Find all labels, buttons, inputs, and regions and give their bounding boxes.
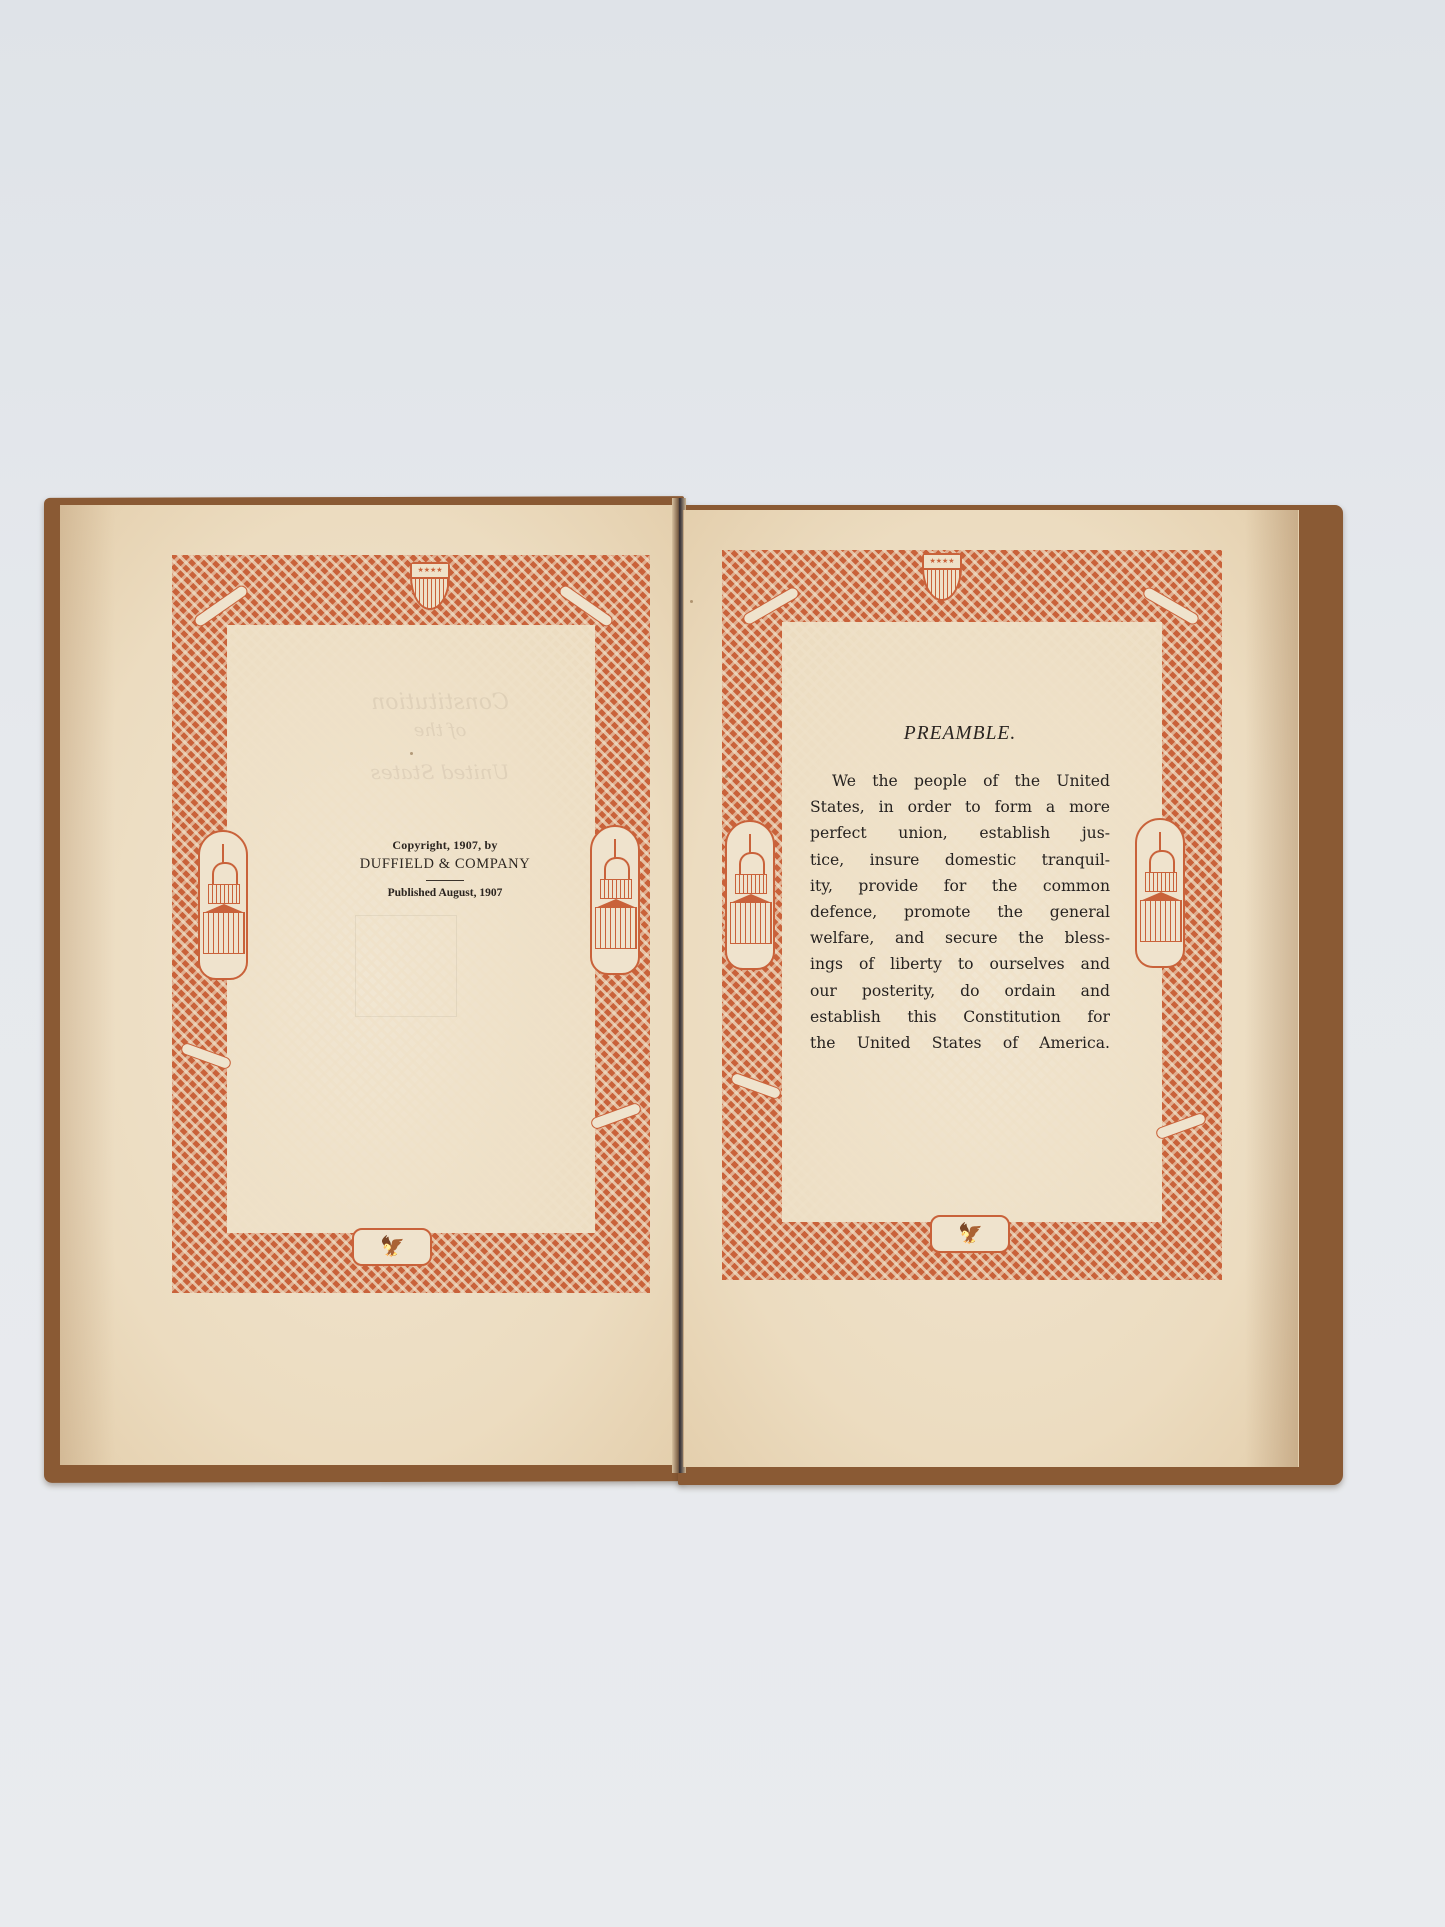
eagle-emblem-icon [930, 1215, 1010, 1253]
publisher-name: DUFFIELD & COMPANY [300, 856, 590, 873]
paper-speck [725, 775, 728, 778]
eagle-emblem-icon [352, 1228, 432, 1266]
divider-rule [426, 880, 464, 881]
bleed-through-title: Constitution [300, 690, 580, 715]
paper-speck [410, 752, 413, 755]
right-page-edge-shade [1245, 510, 1298, 1467]
bleed-through-subtitle: United States [300, 760, 580, 784]
preamble-line: welfare, and secure the bless- [810, 925, 1110, 951]
preamble-text: We the people of the United States, in o… [810, 768, 1110, 1056]
bleed-through-emblem [355, 915, 457, 1017]
preamble-line: ings of liberty to ourselves and [810, 951, 1110, 977]
publication-date: Published August, 1907 [300, 887, 590, 899]
preamble-line: tice, insure domestic tranquil- [810, 847, 1110, 873]
copyright-line: Copyright, 1907, by [300, 838, 590, 853]
preamble-title: PREAMBLE. [820, 723, 1100, 745]
copyright-block: Copyright, 1907, by DUFFIELD & COMPANY P… [300, 838, 590, 899]
open-book: Constitution of the United States Copyri… [0, 0, 1445, 1927]
preamble-line: our posterity, do ordain and [810, 978, 1110, 1004]
preamble-line: establish this Constitution for [810, 1004, 1110, 1030]
paper-speck [690, 600, 693, 603]
preamble-line: States, in order to form a more [810, 794, 1110, 820]
capitol-building-icon [725, 820, 775, 970]
bleed-through-subtitle: of the [300, 720, 580, 741]
capitol-building-icon [198, 830, 248, 980]
preamble-line: We the people of the United [810, 768, 1110, 794]
preamble-line: the United States of America. [810, 1030, 1110, 1056]
preamble-line: perfect union, establish jus- [810, 820, 1110, 846]
preamble-line: defence, promote the general [810, 899, 1110, 925]
capitol-building-icon [590, 825, 640, 975]
preamble-line: ity, provide for the common [810, 873, 1110, 899]
left-page-edge-shade [60, 505, 115, 1465]
capitol-building-icon [1135, 818, 1185, 968]
